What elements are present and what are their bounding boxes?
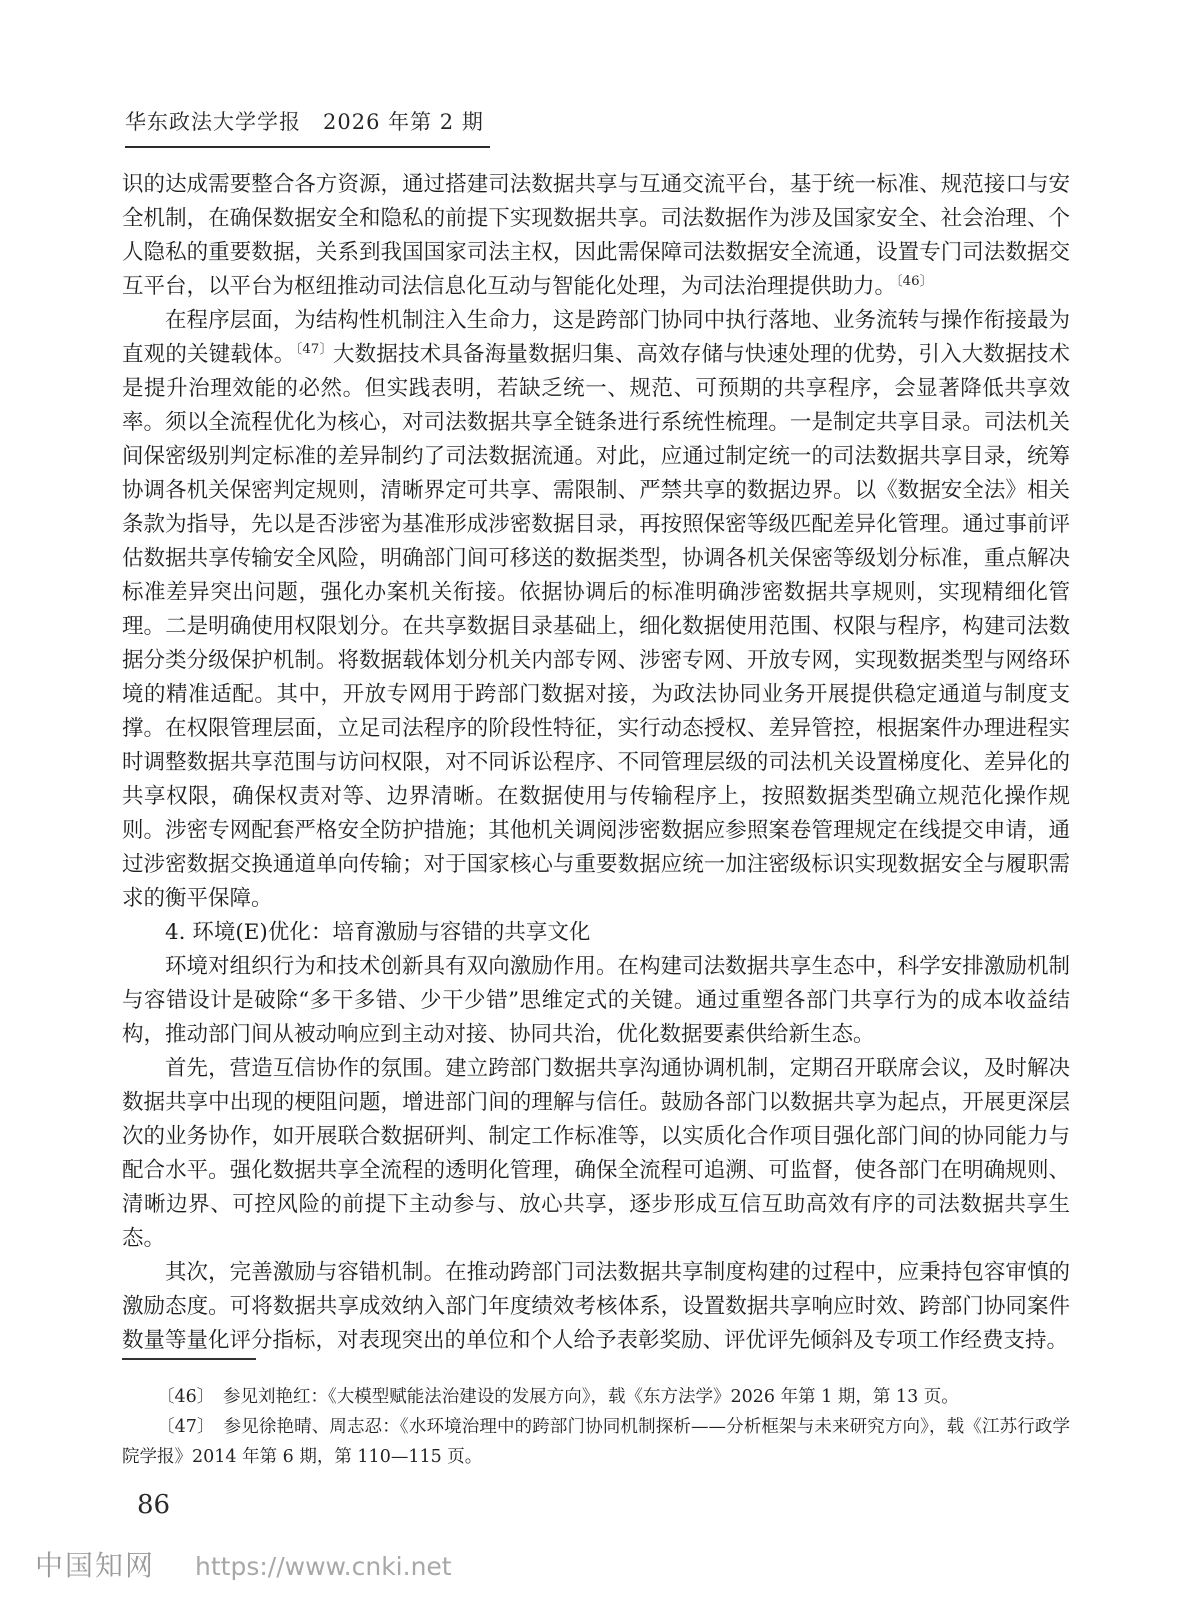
- article-body: 识的达成需要整合各方资源，通过搭建司法数据共享与互通交流平台，基于统一标准、规范…: [122, 168, 1070, 1358]
- footnote-separator: [122, 1358, 256, 1360]
- footnotes-section: 〔46〕 参见刘艳红：《大模型赋能法治建设的发展方向》，载《东方法学》2026 …: [122, 1358, 1070, 1472]
- cnki-footer: 中国知网https://www.cnki.net: [35, 1544, 452, 1584]
- footnote-list: 〔46〕 参见刘艳红：《大模型赋能法治建设的发展方向》，载《东方法学》2026 …: [122, 1382, 1070, 1472]
- journal-title: 华东政法大学学报 2026 年第 2 期: [125, 106, 490, 148]
- footnote-ref: 〔47〕: [295, 342, 333, 357]
- cnki-url: https://www.cnki.net: [195, 1552, 452, 1581]
- body-paragraph: 首先，营造互信协作的氛围。建立跨部门数据共享沟通协调机制，定期召开联席会议，及时…: [122, 1052, 1070, 1256]
- page-number: 86: [137, 1490, 170, 1520]
- section-heading: 4. 环境(E)优化：培育激励与容错的共享文化: [122, 916, 1070, 950]
- footnote-item: 〔47〕 参见徐艳晴、周志忍：《水环境治理中的跨部门协同机制探析——分析框架与未…: [122, 1412, 1070, 1472]
- body-paragraph: 环境对组织行为和技术创新具有双向激励作用。在构建司法数据共享生态中，科学安排激励…: [122, 950, 1070, 1052]
- journal-page: 华东政法大学学报 2026 年第 2 期 识的达成需要整合各方资源，通过搭建司法…: [0, 0, 1190, 1614]
- body-paragraph: 其次，完善激励与容错机制。在推动跨部门司法数据共享制度构建的过程中，应秉持包容审…: [122, 1256, 1070, 1358]
- body-paragraph: 在程序层面，为结构性机制注入生命力，这是跨部门协同中执行落地、业务流转与操作衔接…: [122, 304, 1070, 916]
- body-paragraph: 识的达成需要整合各方资源，通过搭建司法数据共享与互通交流平台，基于统一标准、规范…: [122, 168, 1070, 304]
- cnki-brand: 中国知网: [35, 1549, 155, 1582]
- footnote-item: 〔46〕 参见刘艳红：《大模型赋能法治建设的发展方向》，载《东方法学》2026 …: [122, 1382, 1070, 1412]
- footnote-ref: 〔46〕: [896, 274, 933, 289]
- running-head: 华东政法大学学报 2026 年第 2 期: [125, 106, 490, 148]
